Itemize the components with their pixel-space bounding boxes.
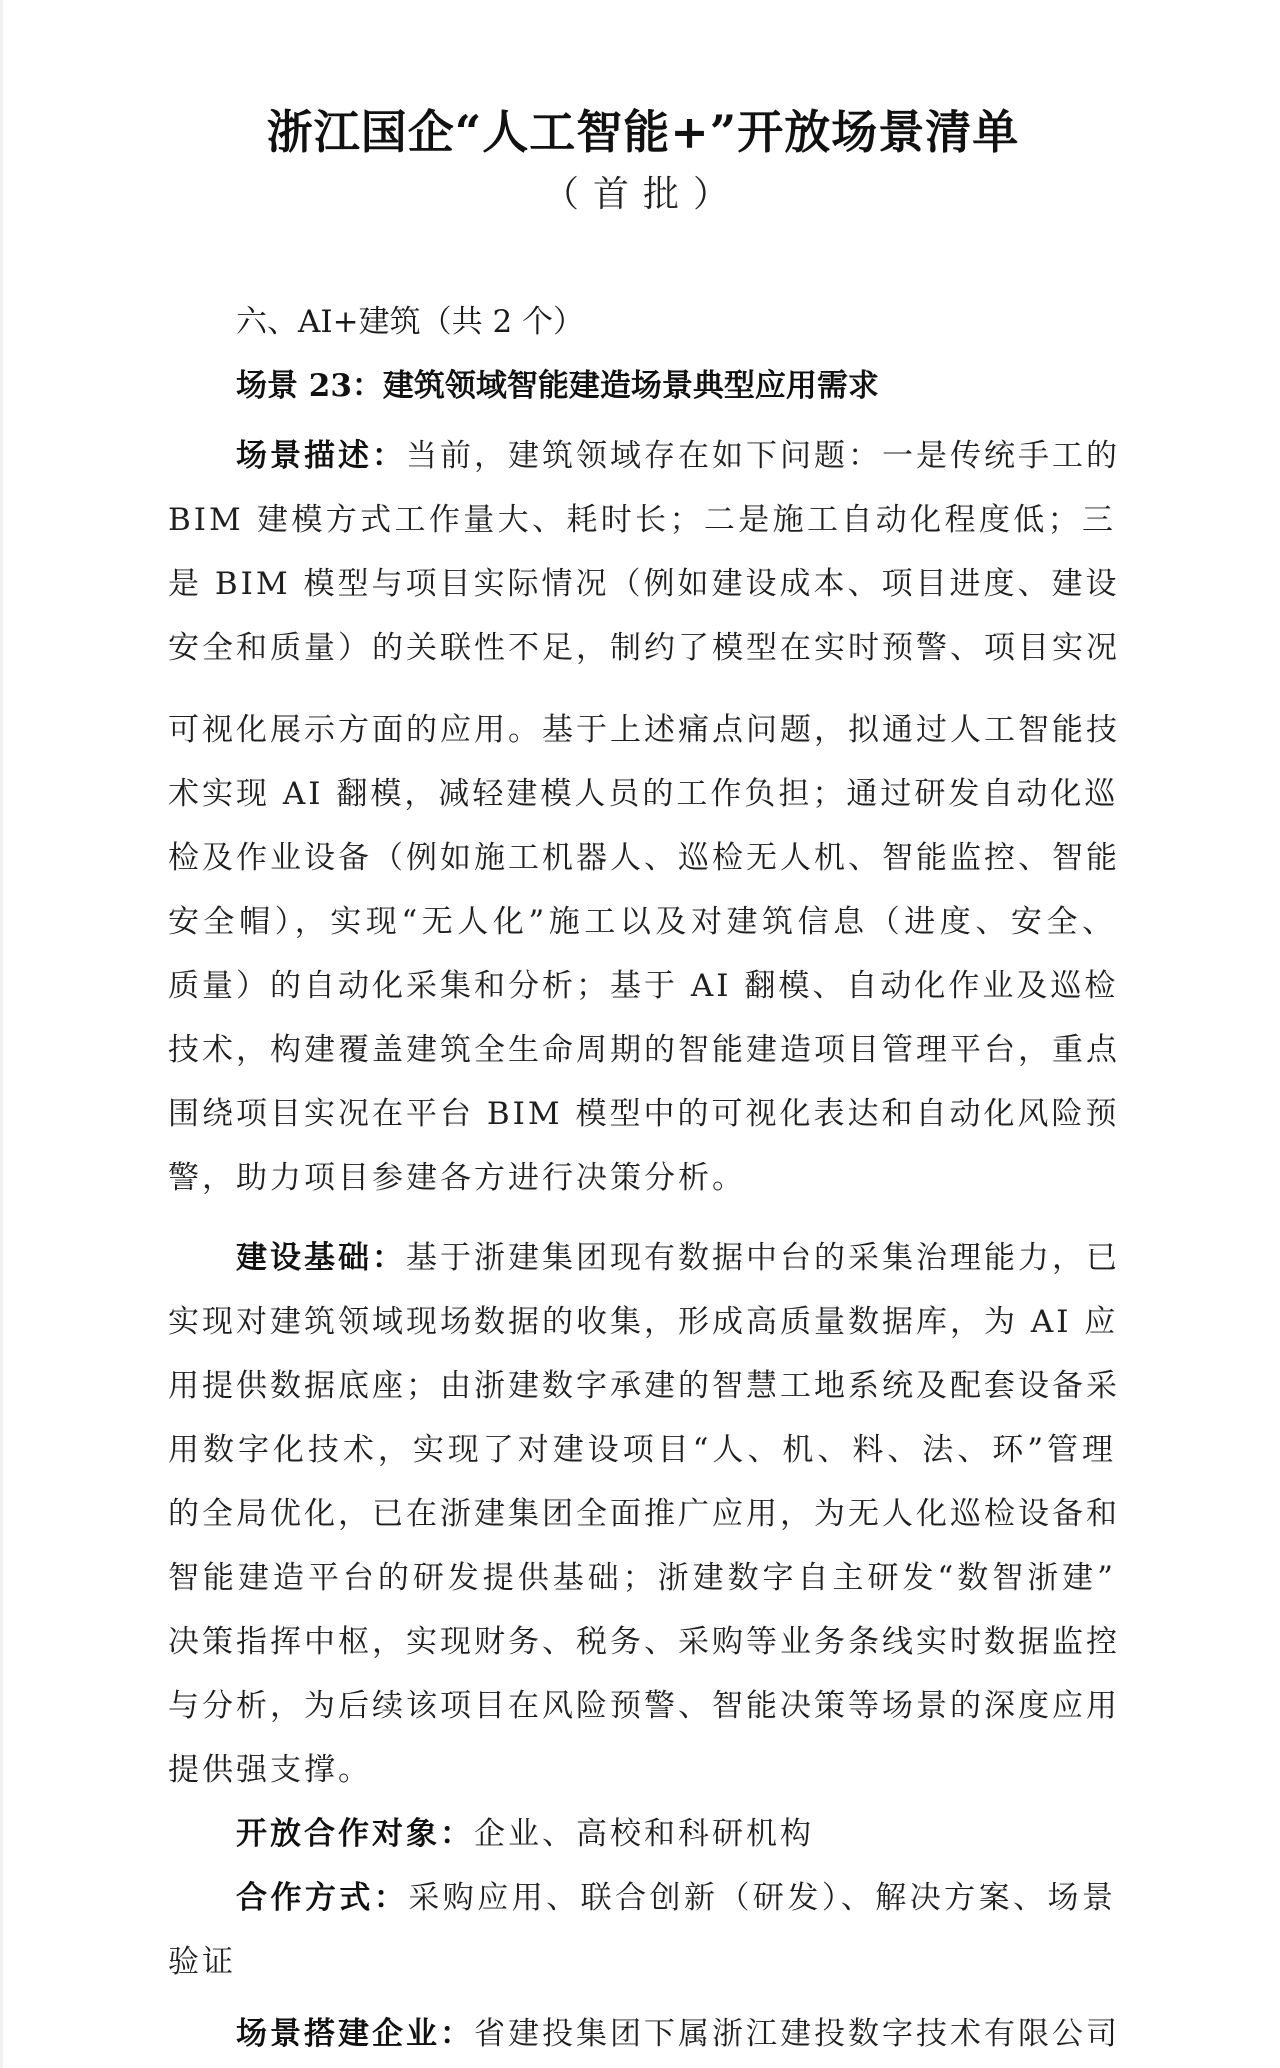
cooperation-line: 验证	[168, 1930, 1116, 1994]
description-line: 安全帽），实现“无人化”施工以及对建筑信息（进度、安全、	[168, 890, 1116, 954]
foundation-line: 建设基础：基于浙建集团现有数据中台的采集治理能力，已	[168, 1226, 1116, 1290]
foundation-paragraph: 建设基础：基于浙建集团现有数据中台的采集治理能力，已 实现对建筑领域现场数据的收…	[168, 1226, 1116, 1802]
cooperation-paragraph: 合作方式：采购应用、联合创新（研发）、解决方案、场景 验证	[168, 1866, 1116, 1994]
partners-paragraph: 开放合作对象：企业、高校和科研机构	[168, 1802, 1116, 1866]
cooperation-label: 合作方式：	[236, 1880, 408, 1916]
description-line: 围绕项目实况在平台 BIM 模型中的可视化表达和自动化风险预	[168, 1082, 1116, 1146]
scenario-title: 场景 23：建筑领域智能建造场景典型应用需求	[236, 364, 879, 408]
document-subtitle: （首批）	[3, 170, 1280, 220]
builder-value: 省建投集团下属浙江建投数字技术有限公司	[474, 2016, 1120, 2052]
description-line: 是 BIM 模型与项目实际情况（例如建设成本、项目进度、建设	[168, 552, 1116, 616]
description-line: 警，助力项目参建各方进行决策分析。	[168, 1146, 1116, 1210]
description-label: 场景描述：	[236, 438, 406, 474]
foundation-line: 的全局优化，已在浙建集团全面推广应用，为无人化巡检设备和	[168, 1482, 1116, 1546]
document-page: 浙江国企“人工智能+”开放场景清单 （首批） 六、AI+建筑（共 2 个） 场景…	[0, 0, 1280, 2068]
foundation-line: 提供强支撑。	[168, 1738, 1116, 1802]
description-line: BIM 建模方式工作量大、耗时长；二是施工自动化程度低；三	[168, 488, 1116, 552]
builder-line: 场景搭建企业：省建投集团下属浙江建投数字技术有限公司	[168, 2002, 1116, 2066]
description-line: 安全和质量）的关联性不足，制约了模型在实时预警、项目实况	[168, 616, 1116, 680]
foundation-label: 建设基础：	[236, 1240, 406, 1276]
foundation-line: 用数字化技术，实现了对建设项目“人、机、料、法、环”管理	[168, 1418, 1116, 1482]
foundation-line: 决策指挥中枢，实现财务、税务、采购等业务条线实时数据监控	[168, 1610, 1116, 1674]
foundation-line: 智能建造平台的研发提供基础；浙建数字自主研发“数智浙建”	[168, 1546, 1116, 1610]
partners-line: 开放合作对象：企业、高校和科研机构	[168, 1802, 1116, 1866]
description-paragraph: 场景描述：当前，建筑领域存在如下问题：一是传统手工的 BIM 建模方式工作量大、…	[168, 424, 1116, 1210]
foundation-line: 与分析，为后续该项目在风险预警、智能决策等场景的深度应用	[168, 1674, 1116, 1738]
description-line: 质量）的自动化采集和分析；基于 AI 翻模、自动化作业及巡检	[168, 954, 1116, 1018]
foundation-line: 用提供数据底座；由浙建数字承建的智慧工地系统及配套设备采	[168, 1354, 1116, 1418]
document-title: 浙江国企“人工智能+”开放场景清单	[3, 102, 1280, 162]
description-line: 可视化展示方面的应用。基于上述痛点问题，拟通过人工智能技	[168, 698, 1116, 762]
description-line: 术实现 AI 翻模，减轻建模人员的工作负担；通过研发自动化巡	[168, 762, 1116, 826]
description-line: 检及作业设备（例如施工机器人、巡检无人机、智能监控、智能	[168, 826, 1116, 890]
description-line: 场景描述：当前，建筑领域存在如下问题：一是传统手工的	[168, 424, 1116, 488]
description-line: 技术，构建覆盖建筑全生命周期的智能建造项目管理平台，重点	[168, 1018, 1116, 1082]
cooperation-line: 合作方式：采购应用、联合创新（研发）、解决方案、场景	[168, 1866, 1116, 1930]
foundation-line: 实现对建筑领域现场数据的收集，形成高质量数据库，为 AI 应	[168, 1290, 1116, 1354]
section-heading: 六、AI+建筑（共 2 个）	[236, 300, 584, 344]
builder-paragraph: 场景搭建企业：省建投集团下属浙江建投数字技术有限公司	[168, 2002, 1116, 2066]
builder-label: 场景搭建企业：	[236, 2016, 474, 2052]
partners-label: 开放合作对象：	[236, 1816, 474, 1852]
partners-value: 企业、高校和科研机构	[474, 1816, 814, 1852]
